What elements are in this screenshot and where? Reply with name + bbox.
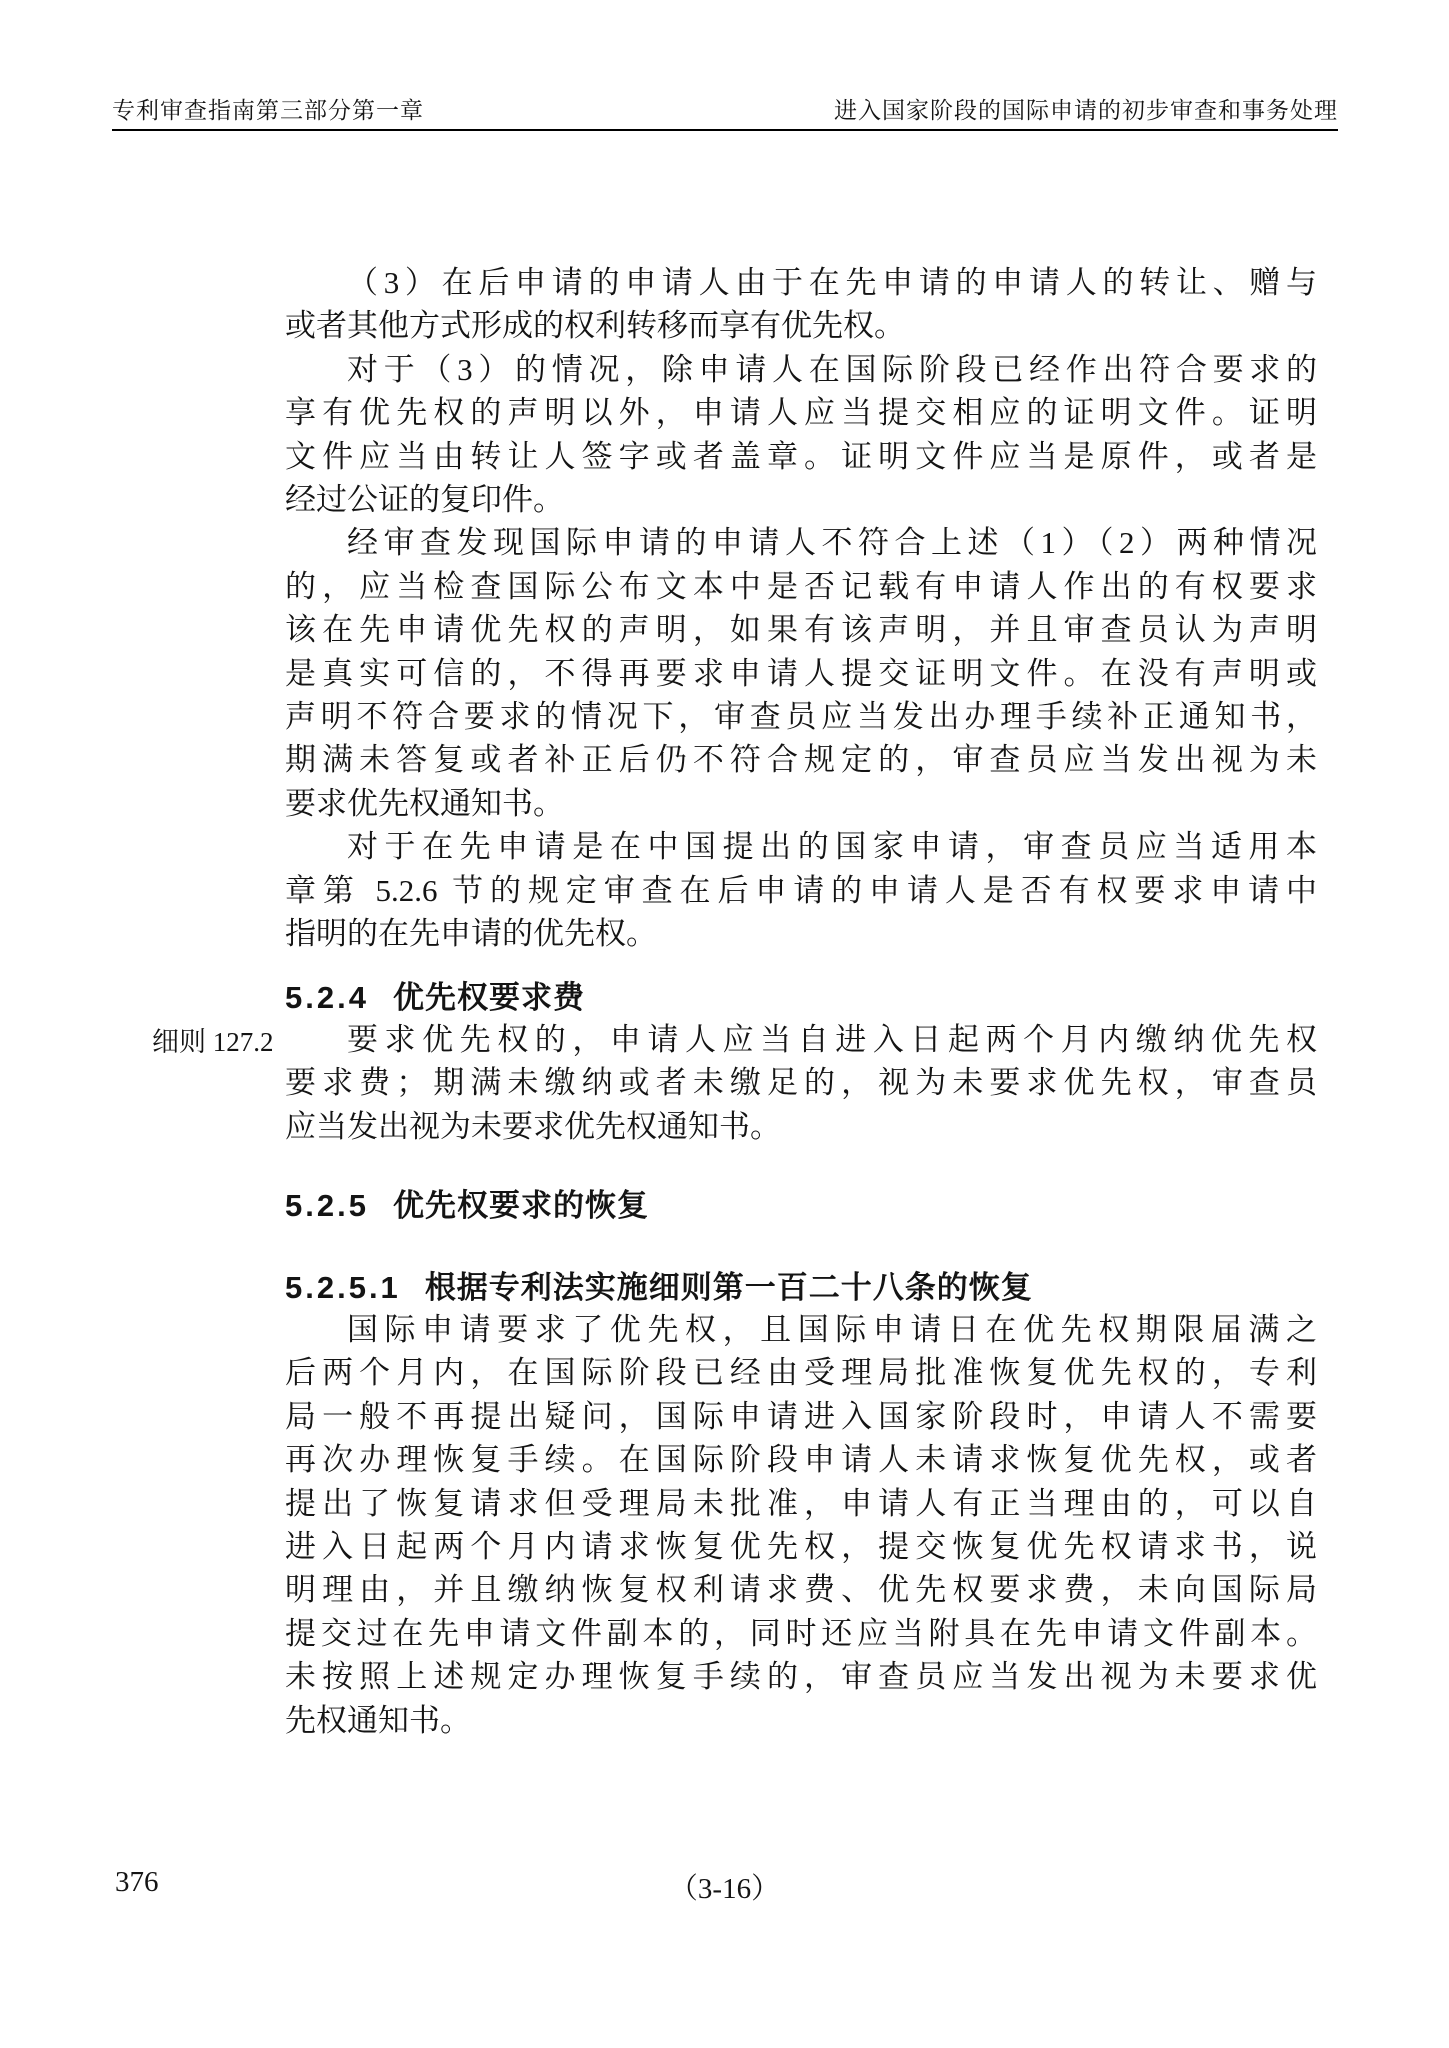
text-line: 提出了恢复请求但受理局未批准，申请人有正当理由的，可以自: [285, 1482, 1317, 1525]
paragraph-block-priority-transfer: （3）在后申请的申请人由于在先申请的申请人的转让、赠与 或者其他方式形成的权利转…: [285, 261, 1317, 956]
text-line: （3）在后申请的申请人由于在先申请的申请人的转让、赠与: [285, 261, 1317, 304]
text-line: 明理由，并且缴纳恢复权利请求费、优先权要求费，未向国际局: [285, 1568, 1317, 1611]
text-line: 未按照上述规定办理恢复手续的，审查员应当发出视为未要求优: [285, 1655, 1317, 1698]
text-line: 是真实可信的，不得再要求申请人提交证明文件。在没有声明或: [285, 652, 1317, 695]
text-line: 再次办理恢复手续。在国际阶段申请人未请求恢复优先权，或者: [285, 1438, 1317, 1481]
paragraph-block-priority-restoration: 国际申请要求了优先权，且国际申请日在优先权期限届满之 后两个月内，在国际阶段已经…: [285, 1308, 1317, 1742]
margin-note-rule-ref: 细则 127.2: [152, 1020, 274, 1059]
text-line: 经审查发现国际申请的申请人不符合上述（1）（2）两种情况: [285, 521, 1317, 564]
header-left-title: 专利审查指南第三部分第一章: [112, 92, 424, 125]
section-title: 优先权要求的恢复: [393, 1188, 649, 1223]
footer-chapter-page: （3-16）: [0, 1866, 1449, 1907]
section-number: 5.2.5.1: [285, 1270, 401, 1305]
text-line: 国际申请要求了优先权，且国际申请日在优先权期限届满之: [285, 1308, 1317, 1351]
text-line: 要求费；期满未缴纳或者未缴足的，视为未要求优先权，审查员: [285, 1061, 1317, 1104]
text-line: 经过公证的复印件。: [285, 478, 1317, 521]
text-line: 先权通知书。: [285, 1699, 1317, 1742]
text-line: 章第 5.2.6 节的规定审查在后申请的申请人是否有权要求申请中: [285, 869, 1317, 912]
header-rule: [112, 129, 1338, 131]
section-heading-5-2-5: 5.2.5优先权要求的恢复: [285, 1180, 649, 1225]
text-line: 提交过在先申请文件副本的，同时还应当附具在先申请文件副本。: [285, 1612, 1317, 1655]
text-line: 指明的在先申请的优先权。: [285, 912, 1317, 955]
section-number: 5.2.5: [285, 1188, 369, 1223]
section-title: 根据专利法实施细则第一百二十八条的恢复: [425, 1270, 1033, 1305]
text-line: 对于在先申请是在中国提出的国家申请，审查员应当适用本: [285, 825, 1317, 868]
section-heading-5-2-5-1: 5.2.5.1根据专利法实施细则第一百二十八条的恢复: [285, 1262, 1033, 1307]
section-title: 优先权要求费: [393, 980, 585, 1015]
text-line: 或者其他方式形成的权利转移而享有优先权。: [285, 304, 1317, 347]
paragraph-block-priority-fee: 要求优先权的，申请人应当自进入日起两个月内缴纳优先权 要求费；期满未缴纳或者未缴…: [285, 1018, 1317, 1148]
text-line: 该在先申请优先权的声明，如果有该声明，并且审查员认为声明: [285, 608, 1317, 651]
text-line: 声明不符合要求的情况下，审查员应当发出办理手续补正通知书，: [285, 695, 1317, 738]
text-line: 局一般不再提出疑问，国际申请进入国家阶段时，申请人不需要: [285, 1395, 1317, 1438]
section-heading-5-2-4: 5.2.4优先权要求费: [285, 972, 585, 1017]
running-header: 专利审查指南第三部分第一章 进入国家阶段的国际申请的初步审查和事务处理: [112, 92, 1338, 125]
text-line: 期满未答复或者补正后仍不符合规定的，审查员应当发出视为未: [285, 738, 1317, 781]
section-number: 5.2.4: [285, 980, 369, 1015]
header-right-title: 进入国家阶段的国际申请的初步审查和事务处理: [834, 92, 1338, 125]
text-line: 后两个月内，在国际阶段已经由受理局批准恢复优先权的，专利: [285, 1351, 1317, 1394]
text-line: 的，应当检查国际公布文本中是否记载有申请人作出的有权要求: [285, 565, 1317, 608]
text-line: 应当发出视为未要求优先权通知书。: [285, 1105, 1317, 1148]
text-line: 要求优先权通知书。: [285, 782, 1317, 825]
document-page: 专利审查指南第三部分第一章 进入国家阶段的国际申请的初步审查和事务处理 细则 1…: [0, 0, 1449, 2048]
text-line: 要求优先权的，申请人应当自进入日起两个月内缴纳优先权: [285, 1018, 1317, 1061]
text-line: 进入日起两个月内请求恢复优先权，提交恢复优先权请求书，说: [285, 1525, 1317, 1568]
text-line: 享有优先权的声明以外，申请人应当提交相应的证明文件。证明: [285, 391, 1317, 434]
text-line: 对于（3）的情况，除申请人在国际阶段已经作出符合要求的: [285, 348, 1317, 391]
text-line: 文件应当由转让人签字或者盖章。证明文件应当是原件，或者是: [285, 435, 1317, 478]
